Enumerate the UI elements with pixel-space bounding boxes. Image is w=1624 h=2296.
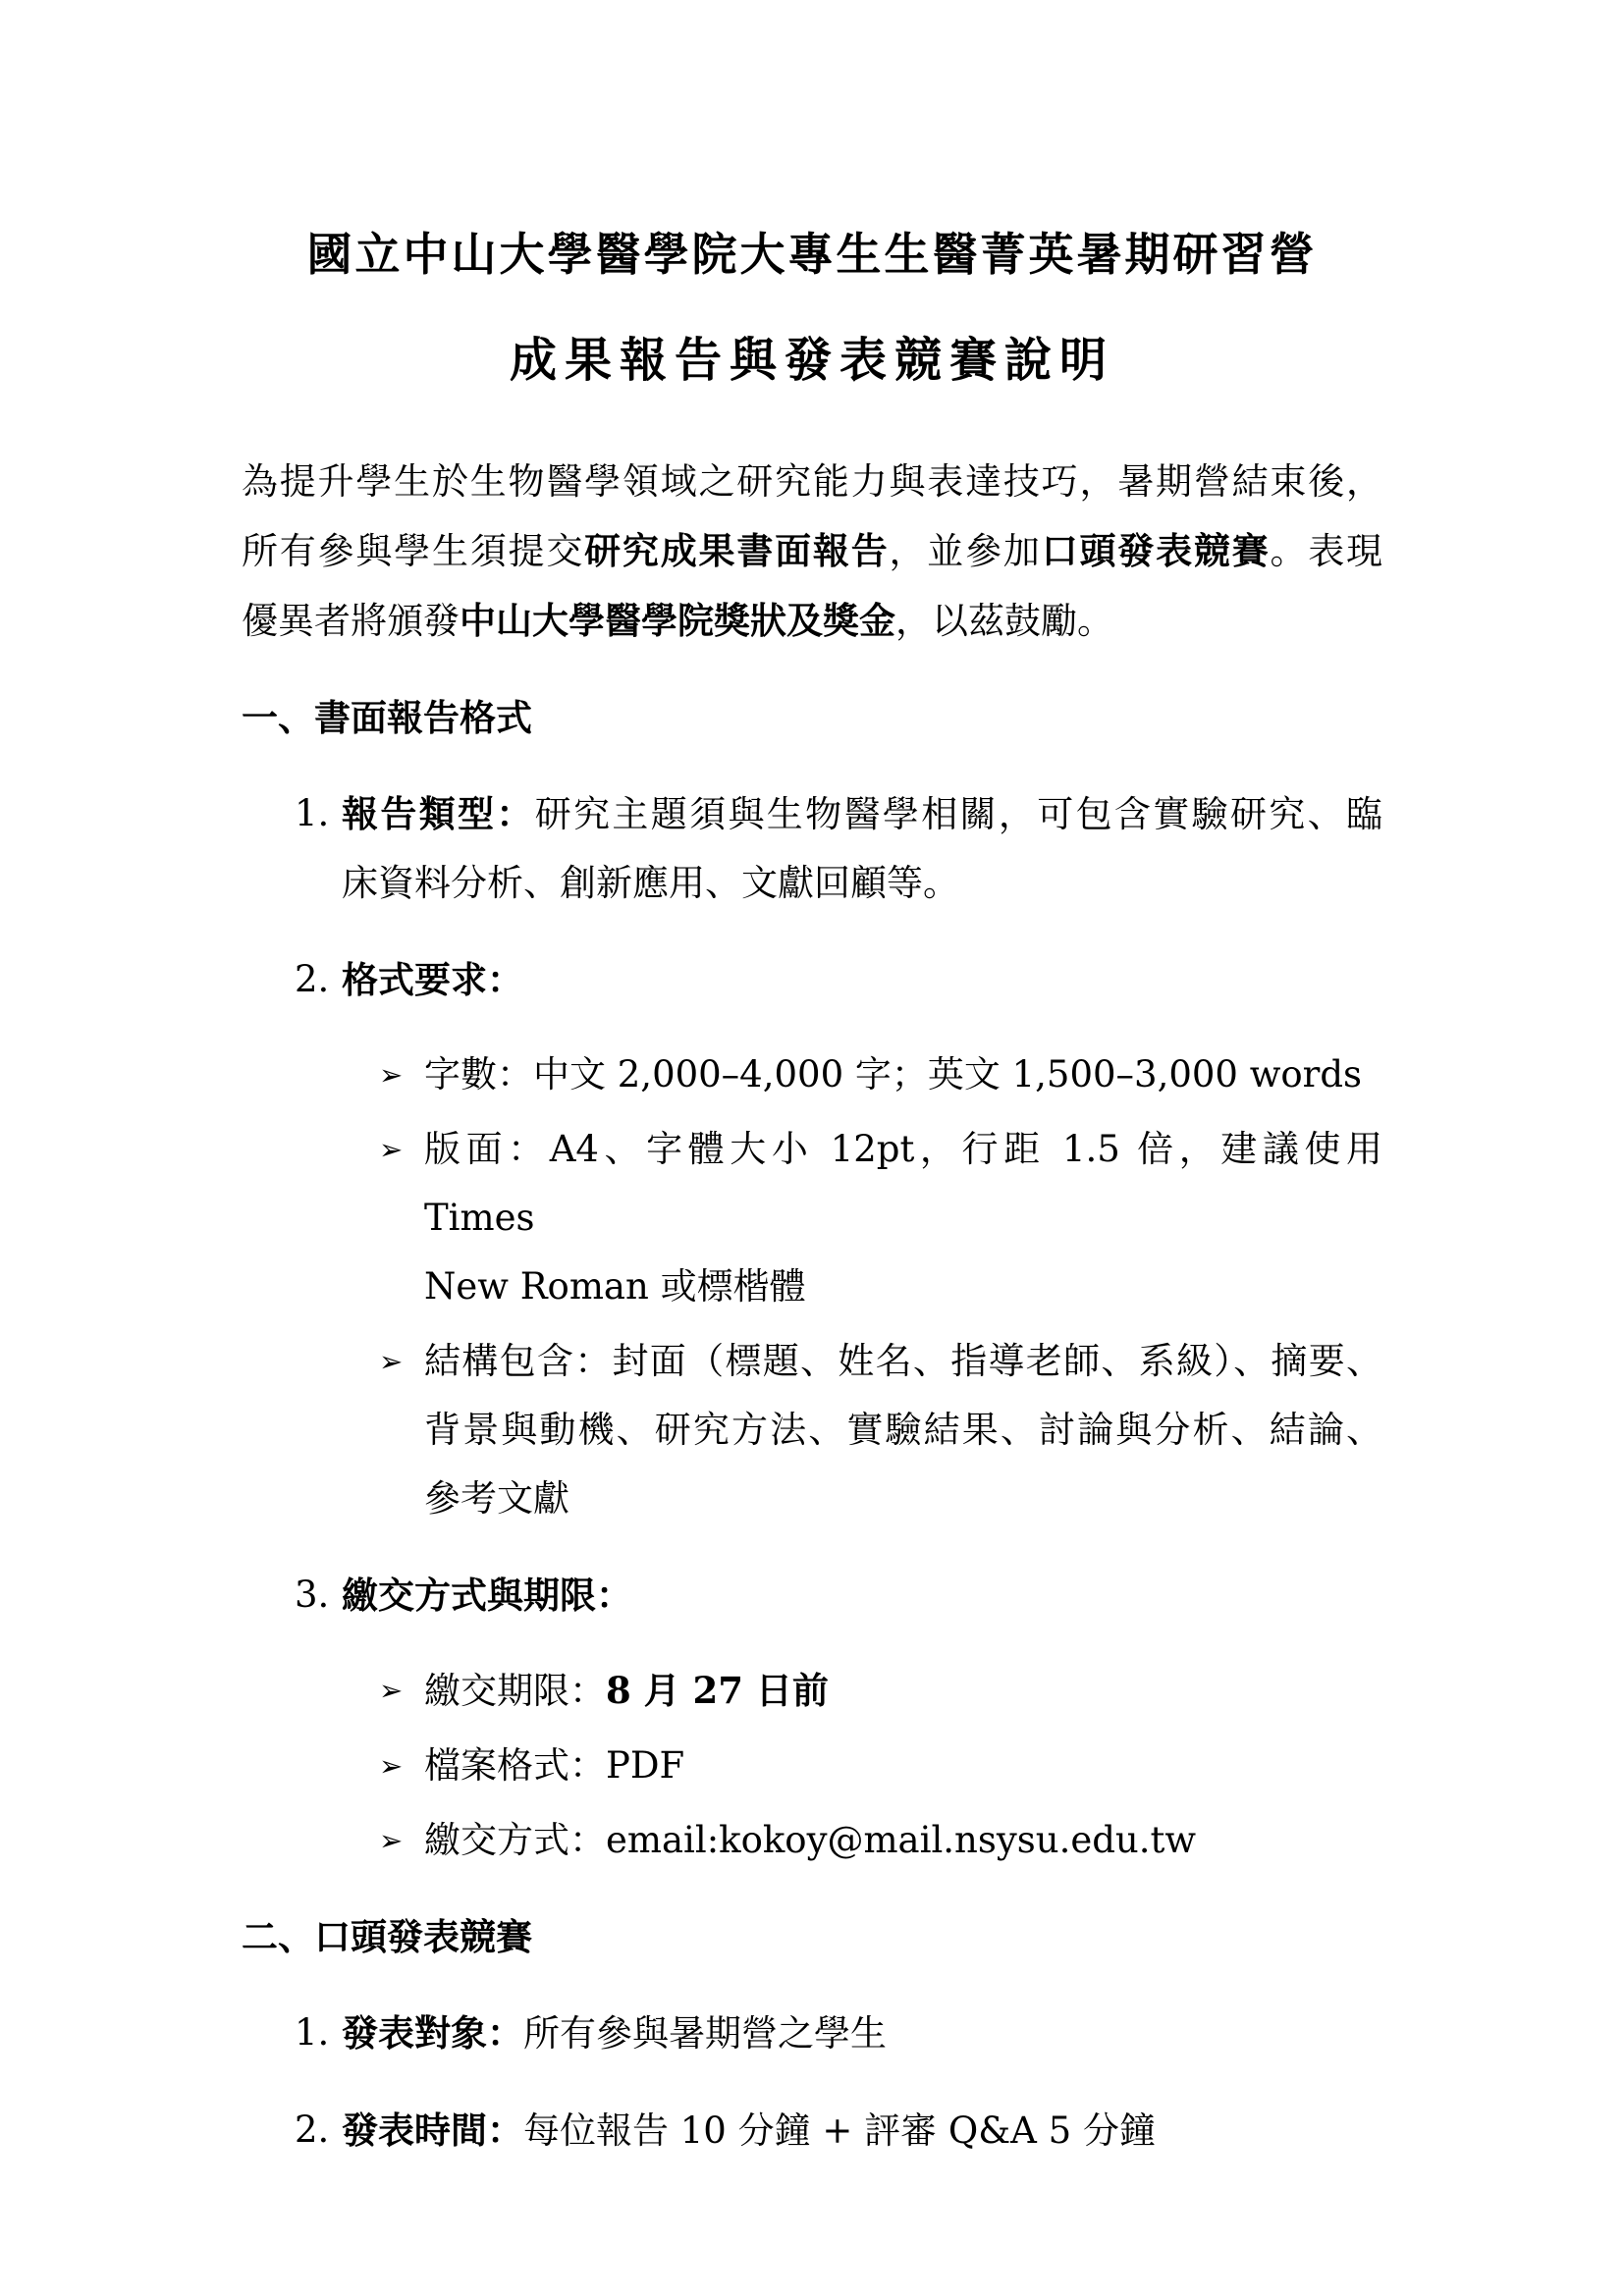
bullet-prefix: 檔案格式： [424, 1744, 606, 1787]
numbered-item-submission: 3. 繳交方式與期限： [242, 1561, 1382, 1630]
arrow-bullet-icon: ➢ [379, 1041, 424, 1109]
bullet-prefix: 繳交期限： [424, 1670, 606, 1712]
item-line: 發表對象：所有參與暑期營之學生 [342, 1999, 1382, 2068]
bullet-text: 版面：A4、字體大小 12pt，行距 1.5 倍，建議使用 Times New … [424, 1115, 1382, 1321]
bullet-structure: ➢ 結構包含：封面（標題、姓名、指導老師、系級）、摘要、 背景與動機、研究方法、… [242, 1327, 1382, 1533]
document-title: 國立中山大學醫學院大專生生醫菁英暑期研習營 [242, 224, 1382, 285]
bullet-text-run: 字數：中文 2,000–4,000 字；英文 1,500–3,000 words [424, 1053, 1362, 1095]
item-line: 報告類型：研究主題須與生物醫學相關，可包含實驗研究、臨 [342, 779, 1382, 849]
arrow-bullet-icon: ➢ [379, 1115, 424, 1321]
bullet-submit-method: ➢ 繳交方式：email:kokoy@mail.nsysu.edu.tw [242, 1806, 1382, 1875]
bullet-word-count: ➢ 字數：中文 2,000–4,000 字；英文 1,500–3,000 wor… [242, 1041, 1382, 1109]
intro-text: 為提升學生於生物醫學領域之研究能力與表達技巧，暑期營結束後， [242, 460, 1382, 503]
deadline-date: 8 月 27 日前 [606, 1669, 829, 1712]
item-label: 發表對象： [342, 2011, 523, 2055]
intro-text: ，以茲鼓勵。 [895, 600, 1113, 642]
intro-bold-award: 中山大學醫學院獎狀及獎金 [460, 599, 895, 642]
item-number: 1. [295, 779, 342, 918]
arrow-bullet-icon: ➢ [379, 1732, 424, 1800]
intro-text: ，並參加 [890, 530, 1042, 572]
bullet-line: 參考文獻 [424, 1465, 1382, 1533]
bullet-line: 繳交方式：email:kokoy@mail.nsysu.edu.tw [424, 1806, 1382, 1875]
numbered-item-presentation-time: 2. 發表時間：每位報告 10 分鐘 + 評審 Q&A 5 分鐘 [242, 2096, 1382, 2165]
bullet-page-layout: ➢ 版面：A4、字體大小 12pt，行距 1.5 倍，建議使用 Times Ne… [242, 1115, 1382, 1321]
submit-email-text: email:kokoy@mail.nsysu.edu.tw [606, 1819, 1196, 1861]
arrow-bullet-icon: ➢ [379, 1656, 424, 1726]
document-subtitle: 成果報告與發表競賽說明 [242, 330, 1382, 391]
numbered-item-presenters: 1. 發表對象：所有參與暑期營之學生 [242, 1999, 1382, 2068]
bullet-text: 結構包含：封面（標題、姓名、指導老師、系級）、摘要、 背景與動機、研究方法、實驗… [424, 1327, 1382, 1533]
arrow-bullet-icon: ➢ [379, 1327, 424, 1533]
format-bullet-list: ➢ 字數：中文 2,000–4,000 字；英文 1,500–3,000 wor… [242, 1041, 1382, 1533]
item-label: 格式要求： [342, 958, 523, 1001]
section-2-heading: 二、口頭發表競賽 [242, 1902, 1382, 1971]
intro-paragraph: 為提升學生於生物醫學領域之研究能力與表達技巧，暑期營結束後， 所有參與學生須提交… [242, 448, 1382, 656]
item-line: 床資料分析、創新應用、文獻回顧等。 [342, 849, 1382, 918]
bullet-prefix: 繳交方式： [424, 1819, 606, 1861]
item-text: 繳交方式與期限： [342, 1561, 1382, 1630]
item-label: 繳交方式與期限： [342, 1574, 632, 1617]
item-text-run: 所有參與暑期營之學生 [523, 2012, 887, 2055]
item-text-run: 每位報告 10 分鐘 + 評審 Q&A 5 分鐘 [523, 2109, 1156, 2152]
bullet-deadline: ➢ 繳交期限：8 月 27 日前 [242, 1656, 1382, 1726]
bullet-text: 檔案格式：PDF [424, 1732, 1382, 1800]
item-text-run: 床資料分析、創新應用、文獻回顧等。 [342, 862, 959, 904]
item-number: 3. [295, 1561, 342, 1630]
bullet-text: 字數：中文 2,000–4,000 字；英文 1,500–3,000 words [424, 1041, 1382, 1109]
numbered-item-format-requirements: 2. 格式要求： [242, 945, 1382, 1015]
submission-bullet-list: ➢ 繳交期限：8 月 27 日前 ➢ 檔案格式：PDF ➢ 繳交方式：email… [242, 1656, 1382, 1875]
item-label: 發表時間： [342, 2109, 523, 2152]
item-text: 發表對象：所有參與暑期營之學生 [342, 1999, 1382, 2068]
intro-text: 優異者將頒發 [242, 600, 460, 642]
bullet-line: 背景與動機、研究方法、實驗結果、討論與分析、結論、 [424, 1396, 1382, 1465]
numbered-item-report-type: 1. 報告類型：研究主題須與生物醫學相關，可包含實驗研究、臨 床資料分析、創新應… [242, 779, 1382, 918]
intro-line-2: 所有參與學生須提交研究成果書面報告，並參加口頭發表競賽。表現 [242, 516, 1382, 586]
item-label: 報告類型： [342, 792, 535, 835]
item-text: 發表時間：每位報告 10 分鐘 + 評審 Q&A 5 分鐘 [342, 2096, 1382, 2165]
intro-line-1: 為提升學生於生物醫學領域之研究能力與表達技巧，暑期營結束後， [242, 448, 1382, 516]
document-page: 國立中山大學醫學院大專生生醫菁英暑期研習營 成果報告與發表競賽說明 為提升學生於… [0, 0, 1624, 2296]
item-line: 繳交方式與期限： [342, 1561, 1382, 1630]
bullet-line: 版面：A4、字體大小 12pt，行距 1.5 倍，建議使用 Times [424, 1115, 1382, 1253]
item-number: 1. [295, 1999, 342, 2068]
item-line: 發表時間：每位報告 10 分鐘 + 評審 Q&A 5 分鐘 [342, 2096, 1382, 2165]
file-format-value: PDF [606, 1744, 684, 1787]
item-text-run: 研究主題須與生物醫學相關，可包含實驗研究、臨 [535, 793, 1382, 835]
intro-bold-written-report: 研究成果書面報告 [584, 529, 889, 572]
bullet-text-run: 版面：A4、字體大小 12pt，行距 1.5 倍，建議使用 Times [424, 1128, 1382, 1239]
section-1-heading: 一、書面報告格式 [242, 683, 1382, 752]
bullet-line: 檔案格式：PDF [424, 1732, 1382, 1800]
intro-bold-oral-competition: 口頭發表競賽 [1042, 529, 1271, 572]
intro-text: 所有參與學生須提交 [242, 530, 584, 572]
bullet-text-run: 參考文獻 [424, 1477, 569, 1520]
bullet-text-run: 背景與動機、研究方法、實驗結果、討論與分析、結論、 [424, 1409, 1382, 1451]
item-line: 格式要求： [342, 945, 1382, 1015]
arrow-bullet-icon: ➢ [379, 1806, 424, 1875]
bullet-text: 繳交期限：8 月 27 日前 [424, 1656, 1382, 1726]
bullet-file-format: ➢ 檔案格式：PDF [242, 1732, 1382, 1800]
intro-line-3: 優異者將頒發中山大學醫學院獎狀及獎金，以茲鼓勵。 [242, 586, 1382, 656]
bullet-line: 字數：中文 2,000–4,000 字；英文 1,500–3,000 words [424, 1041, 1382, 1109]
bullet-line: 繳交期限：8 月 27 日前 [424, 1656, 1382, 1726]
bullet-line: New Roman 或標楷體 [424, 1253, 1382, 1321]
bullet-text-run: 結構包含：封面（標題、姓名、指導老師、系級）、摘要、 [424, 1340, 1382, 1382]
bullet-line: 結構包含：封面（標題、姓名、指導老師、系級）、摘要、 [424, 1327, 1382, 1396]
item-number: 2. [295, 945, 342, 1015]
bullet-text-run: New Roman 或標楷體 [424, 1265, 806, 1308]
intro-text: 。表現 [1270, 530, 1382, 572]
item-text: 格式要求： [342, 945, 1382, 1015]
bullet-text: 繳交方式：email:kokoy@mail.nsysu.edu.tw [424, 1806, 1382, 1875]
item-number: 2. [295, 2096, 342, 2165]
item-text: 報告類型：研究主題須與生物醫學相關，可包含實驗研究、臨 床資料分析、創新應用、文… [342, 779, 1382, 918]
